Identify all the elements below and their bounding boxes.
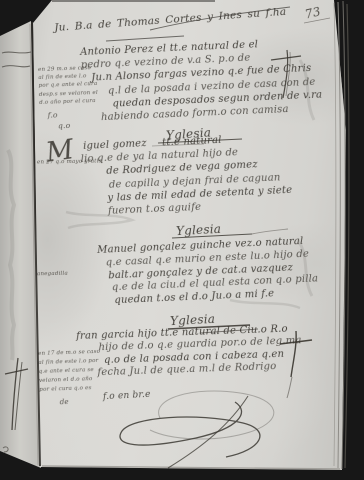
manuscript-scan-page: 73 Ju. B.a de Thomas Cortes y Ines su f.… — [0, 0, 364, 480]
entry-body: Manuel gonçalez guinche vez.o natural q.… — [95, 236, 319, 310]
margin-note-line: anegadilla — [37, 272, 68, 281]
entry-body: fran garcia hijo tt.e natural de Ciu.o R… — [76, 324, 303, 381]
entry-footer-yglesia: Yglesia — [170, 313, 216, 327]
margin-note-line: de — [60, 398, 102, 408]
margin-note-line: por el cura q.o es — [39, 386, 101, 397]
entry-body: Antonio Perez el tt.e natural de el pedr… — [80, 38, 323, 128]
page-edge-line — [345, 4, 349, 468]
entry-footer-yglesia: Yglesia — [176, 223, 222, 237]
entry-body: iguel gomez tt.e natural lio q.e de ya l… — [80, 133, 293, 221]
folio-number: 73 — [304, 5, 322, 20]
margin-note-block: anegadilla — [37, 272, 68, 281]
